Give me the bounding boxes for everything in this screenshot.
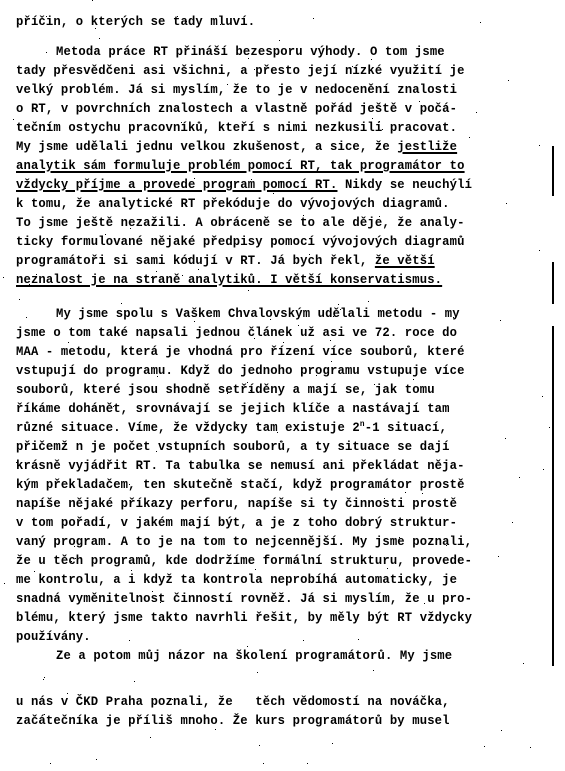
scan-noise	[96, 759, 97, 760]
scan-noise	[413, 379, 414, 380]
scan-noise	[86, 595, 87, 596]
scan-noise	[543, 469, 544, 470]
scan-noise	[539, 250, 540, 251]
scan-noise	[99, 38, 100, 39]
scan-noise	[48, 125, 49, 126]
scan-noise	[65, 188, 66, 189]
text-line: My jsme udělali jednu velkou zkušenost, …	[16, 139, 457, 155]
scanned-document-page: příčin, o kterých se tady mluví.Metoda p…	[0, 0, 565, 771]
text-segment: -1 situací,	[365, 421, 447, 435]
scan-noise	[149, 182, 150, 183]
scan-noise	[476, 112, 477, 113]
scan-noise	[469, 137, 470, 138]
scan-noise	[505, 438, 506, 439]
scan-noise	[382, 129, 383, 130]
text-line: ticky formulované nějaké předpisy pomocí…	[16, 234, 465, 250]
scan-noise	[43, 679, 44, 680]
scan-noise	[227, 84, 228, 85]
scan-noise	[303, 640, 304, 641]
underlined-text: jestliže	[397, 140, 457, 154]
text-line: říkáme dohánět, srovnávají se jejich klí…	[16, 401, 450, 417]
scan-noise	[255, 569, 256, 570]
scan-noise	[254, 338, 255, 339]
scan-noise	[419, 101, 420, 102]
scan-noise	[188, 258, 189, 259]
text-line: analytik sám formuluje problém pomocí RT…	[16, 158, 465, 174]
text-line: MAA - metodu, která je vhodná pro řízení…	[16, 344, 465, 360]
text-line: že u těch programů, kde dodržíme formáln…	[16, 553, 472, 569]
scan-noise	[150, 737, 151, 738]
text-line: napíše nějaké příkazy perforu, napíše si…	[16, 496, 457, 512]
scan-noise	[76, 172, 77, 173]
text-line: snadná vyměnitelnost činností rovněž. Já…	[16, 591, 472, 607]
scan-noise	[508, 80, 509, 81]
scan-noise	[29, 284, 30, 285]
text-line: Ze a potom můj názor na školení programá…	[56, 648, 452, 664]
margin-mark	[552, 262, 554, 304]
scan-noise	[160, 602, 161, 603]
text-line: vstupují do programu. Když do jednoho pr…	[16, 363, 465, 379]
scan-noise	[248, 58, 249, 59]
text-line: programátoři si sami kódují v RT. Já byc…	[16, 253, 435, 269]
scan-noise	[103, 506, 104, 507]
text-line: příčin, o kterých se tady mluví.	[16, 14, 255, 30]
text-line: kým překladačem, ten skutečně stačí, kdy…	[16, 477, 465, 493]
scan-noise	[19, 299, 20, 300]
text-line: Metoda práce RT přináší bezesporu výhody…	[56, 44, 445, 60]
scan-noise	[194, 178, 195, 179]
scan-noise	[215, 729, 216, 730]
scan-noise	[372, 118, 373, 119]
scan-noise	[131, 570, 132, 571]
scan-noise	[374, 384, 375, 385]
scan-noise	[48, 162, 49, 163]
scan-noise	[539, 145, 540, 146]
text-line: u nás v ČKD Praha poznali, že těch vědom…	[16, 694, 450, 710]
scan-noise	[157, 376, 158, 377]
scan-noise	[281, 541, 282, 542]
scan-noise	[384, 498, 385, 499]
scan-noise	[523, 663, 524, 664]
scan-noise	[251, 179, 252, 180]
scan-noise	[26, 317, 27, 318]
text-line: velký problém. Já si myslím, že to je v …	[16, 82, 457, 98]
scan-noise	[190, 717, 191, 718]
scan-noise	[74, 546, 75, 547]
margin-mark	[552, 326, 554, 666]
scan-noise	[480, 22, 481, 23]
scan-noise	[424, 603, 425, 604]
scan-noise	[44, 714, 45, 715]
scan-noise	[500, 320, 501, 321]
text-line: vaný program. A to je na tom to nejcenně…	[16, 534, 472, 550]
scan-noise	[338, 304, 339, 305]
text-segment: programátoři si sami kódují v RT. Já byc…	[16, 254, 375, 268]
scan-noise	[70, 611, 71, 612]
scan-noise	[501, 730, 502, 731]
underlined-text: neznalost je na straně analytiků. I větš…	[16, 273, 442, 287]
scan-noise	[71, 561, 72, 562]
scan-noise	[453, 317, 454, 318]
scan-noise	[265, 181, 266, 182]
scan-noise	[444, 705, 445, 706]
scan-noise	[46, 16, 47, 17]
scan-noise	[129, 640, 130, 641]
underlined-text: vždycky příjme a provede program pomocí …	[16, 178, 337, 192]
scan-noise	[134, 681, 135, 682]
scan-noise	[277, 432, 278, 433]
scan-noise	[194, 321, 195, 322]
scan-noise	[34, 571, 35, 572]
text-line: v tom pořadí, v jakém mají být, a je z t…	[16, 515, 457, 531]
scan-noise	[484, 746, 485, 747]
scan-noise	[279, 40, 280, 41]
scan-noise	[248, 290, 249, 291]
text-line: To jsme ještě nezažili. A obráceně se to…	[16, 215, 465, 231]
scan-noise	[379, 216, 380, 217]
scan-noise	[303, 215, 304, 216]
underlined-text: analytik sám formuluje problém pomocí RT…	[16, 159, 465, 173]
scan-noise	[75, 558, 76, 559]
scan-noise	[298, 325, 299, 326]
scan-noise	[332, 743, 333, 744]
text-line: tečním ostychu pracovníků, kteří s nimi …	[16, 120, 457, 136]
scan-noise	[247, 646, 248, 647]
scan-noise	[263, 763, 264, 764]
scan-noise	[68, 342, 69, 343]
scan-noise	[121, 303, 122, 304]
scan-noise	[113, 406, 114, 407]
text-line: My jsme spolu s Vaškem Chvalovským uděla…	[56, 306, 460, 322]
scan-noise	[257, 672, 258, 673]
text-line: souborů, které jsou shodně setříděny a m…	[16, 382, 435, 398]
scan-noise	[220, 24, 221, 25]
scan-noise	[130, 228, 131, 229]
text-line: me kontrolu, a i když ta kontrola neprob…	[16, 572, 457, 588]
scan-noise	[352, 66, 353, 67]
scan-noise	[549, 427, 550, 428]
scan-noise	[331, 361, 332, 362]
scan-noise	[358, 639, 359, 640]
scan-noise	[530, 747, 531, 748]
scan-noise	[44, 677, 45, 678]
scan-noise	[236, 424, 237, 425]
scan-noise	[50, 763, 51, 764]
scan-noise	[198, 269, 199, 270]
scan-noise	[156, 451, 157, 452]
text-line: jsme o tom také napsali jednou článek už…	[16, 325, 457, 341]
scan-noise	[152, 591, 153, 592]
scan-noise	[228, 172, 229, 173]
scan-noise	[387, 568, 388, 569]
scan-noise	[16, 462, 17, 463]
scan-noise	[446, 545, 447, 546]
scan-noise	[506, 203, 507, 204]
scan-noise	[227, 393, 228, 394]
scan-noise	[250, 390, 251, 391]
scan-noise	[4, 583, 5, 584]
scan-noise	[181, 122, 182, 123]
scan-noise	[13, 119, 14, 120]
scan-noise	[281, 181, 282, 182]
scan-noise	[428, 503, 429, 504]
scan-noise	[368, 301, 369, 302]
text-segment: Nikdy se neuchýlí	[337, 178, 472, 192]
text-line: vždycky příjme a provede program pomocí …	[16, 177, 472, 193]
scan-noise	[542, 396, 543, 397]
scan-noise	[340, 309, 341, 310]
scan-noise	[257, 426, 258, 427]
scan-noise	[129, 484, 130, 485]
scan-noise	[270, 319, 271, 320]
text-line: různé situace. Víme, že vždycky tam exis…	[16, 420, 447, 436]
text-line: neznalost je na straně analytiků. I větš…	[16, 272, 442, 288]
scan-noise	[36, 274, 37, 275]
scan-noise	[330, 340, 331, 341]
scan-noise	[305, 698, 306, 699]
scan-noise	[3, 277, 4, 278]
scan-noise	[333, 316, 334, 317]
scan-noise	[186, 21, 187, 22]
scan-noise	[519, 477, 520, 478]
text-line: krásně vyjádřit RT. Ta tabulka se nemusí…	[16, 458, 465, 474]
text-line: začátečníka je příliš mnoho. Že kurs pro…	[16, 713, 450, 729]
scan-noise	[46, 52, 47, 53]
scan-noise	[151, 277, 152, 278]
text-segment: různé situace. Víme, že vždycky tam exis…	[16, 421, 360, 435]
text-line: o RT, v povrchních znalostech a vlastně …	[16, 101, 457, 117]
scan-noise	[379, 121, 380, 122]
scan-noise	[313, 18, 314, 19]
scan-noise	[316, 375, 317, 376]
scan-noise	[92, 0, 93, 1]
scan-noise	[446, 105, 447, 106]
scan-noise	[95, 28, 96, 29]
underlined-text: že větší	[375, 254, 435, 268]
scan-noise	[105, 234, 106, 235]
text-line: používány.	[16, 629, 91, 645]
scan-noise	[283, 342, 284, 343]
scan-noise	[373, 670, 374, 671]
scan-noise	[259, 745, 260, 746]
text-segment: My jsme udělali jednu velkou zkušenost, …	[16, 140, 397, 154]
scan-noise	[405, 492, 406, 493]
scan-noise	[247, 382, 248, 383]
scan-noise	[273, 193, 274, 194]
scan-noise	[172, 699, 173, 700]
scan-noise	[254, 69, 255, 70]
text-line: k tomu, že analytické RT překóduje do vý…	[16, 196, 450, 212]
scan-noise	[67, 693, 68, 694]
text-line: přičemž n je počet vstupních souborů, a …	[16, 439, 450, 455]
scan-noise	[307, 763, 308, 764]
scan-noise	[309, 254, 310, 255]
scan-noise	[156, 271, 157, 272]
scan-noise	[498, 556, 499, 557]
scan-noise	[422, 493, 423, 494]
text-line: blému, který jsme takto navrhli řešit, b…	[16, 610, 472, 626]
margin-mark	[552, 146, 554, 196]
scan-noise	[182, 275, 183, 276]
scan-noise	[399, 537, 400, 538]
scan-noise	[371, 59, 372, 60]
scan-noise	[177, 16, 178, 17]
text-line: tady přesvědčeni asi všichni, a přesto j…	[16, 63, 465, 79]
scan-noise	[512, 522, 513, 523]
